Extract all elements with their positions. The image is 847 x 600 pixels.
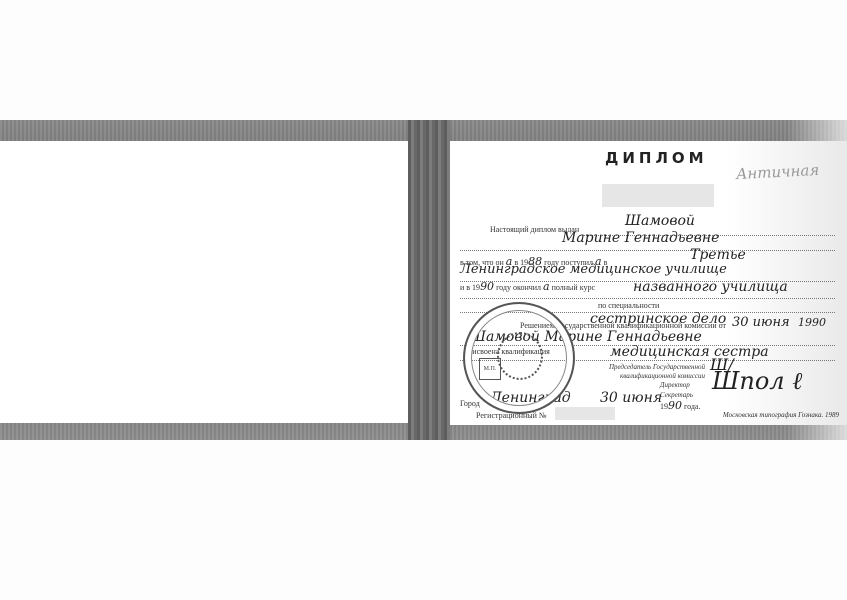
commission-year: 1990 — [798, 316, 826, 329]
graduated-year: 90 — [480, 280, 494, 293]
graduated-prefix: и в 19 — [460, 283, 480, 292]
printer-label: Московская типография Гознака. 1989 — [723, 411, 839, 419]
issue-year-suffix: года. — [684, 402, 700, 411]
diploma-spine — [408, 120, 450, 440]
city-label: Город — [460, 399, 480, 408]
director-signature: Шпол ℓ — [712, 367, 802, 396]
chair-label: Председатель Государственной квалификаци… — [585, 363, 705, 381]
school-line-2-handwritten: Ленинградское медицинское училище — [460, 262, 727, 277]
graduated-line: и в 1990 году окончил а полный курс — [460, 280, 595, 293]
diploma-title: ДИПЛОМ — [605, 149, 708, 167]
dotted-line — [460, 250, 835, 251]
redacted-number — [602, 184, 714, 207]
dotted-line — [460, 298, 835, 299]
issue-year: 90 — [668, 399, 682, 412]
blank-left-page — [0, 141, 408, 423]
redacted-registration-number — [555, 407, 615, 420]
surname-handwritten: Шамовой — [625, 213, 695, 229]
secretary-label: Секретарь — [660, 391, 693, 399]
course-label: полный курс — [552, 283, 595, 292]
course-value-handwritten: названного училища — [633, 279, 788, 295]
issue-year-prefix: 19 — [660, 402, 668, 411]
issue-date-handwritten: 30 июня — [600, 390, 662, 406]
graduated-label: году окончил — [496, 283, 541, 292]
given-names-handwritten: Марине Геннадьевне — [562, 230, 719, 246]
commission-date-handwritten: 30 июня — [732, 315, 790, 330]
stamp-emblem — [497, 332, 543, 380]
margin-handwritten-note: Античная — [736, 161, 820, 183]
specialty-label: по специальности — [598, 301, 659, 310]
graduated-suffix: а — [543, 280, 550, 293]
director-label: Директор — [660, 381, 690, 389]
stamp-box: М.П. — [479, 358, 501, 380]
official-seal-stamp: М.П. — [463, 302, 575, 414]
diploma-right-page: ДИПЛОМ Античная Настоящий диплом выдан Ш… — [450, 141, 847, 425]
school-line-1-handwritten: Третье — [690, 247, 746, 263]
issue-year-line: 1990 года. — [660, 399, 700, 412]
qualification-handwritten: медицинская сестра — [610, 344, 769, 360]
